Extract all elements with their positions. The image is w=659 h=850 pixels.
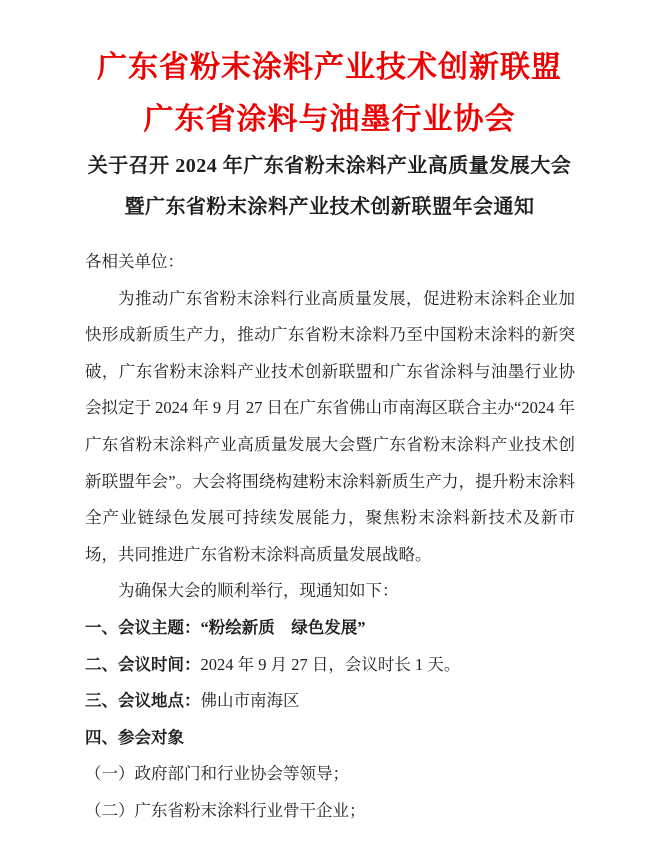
salutation: 各相关单位： <box>85 244 575 281</box>
notice-subject-line1: 关于召开 2024 年广东省粉末涂料产业高质量发展大会 <box>0 146 659 187</box>
notice-subject-line2: 暨广东省粉末涂料产业技术创新联盟年会通知 <box>0 187 659 228</box>
meeting-location-value: 佛山市南海区 <box>201 691 300 710</box>
org-title-line2: 广东省涂料与油墨行业协会 <box>0 94 659 146</box>
meeting-location-item: 三、会议地点：佛山市南海区 <box>85 683 575 720</box>
attendees-section-heading: 四、参会对象 <box>85 720 575 757</box>
meeting-time-value: 2024 年 9 月 27 日，会议时长 1 天。 <box>201 655 461 674</box>
meeting-location-label: 三、会议地点： <box>85 691 201 710</box>
meeting-time-label: 二、会议时间： <box>85 655 201 674</box>
meeting-theme-value: “粉绘新质 绿色发展” <box>201 618 366 637</box>
meeting-theme-item: 一、会议主题：“粉绘新质 绿色发展” <box>85 610 575 647</box>
intro-paragraph: 为推动广东省粉末涂料行业高质量发展，促进粉末涂料企业加快形成新质生产力，推动广东… <box>85 281 575 574</box>
notice-body: 各相关单位： 为推动广东省粉末涂料行业高质量发展，促进粉末涂料企业加快形成新质生… <box>85 244 575 830</box>
meeting-theme-label: 一、会议主题： <box>85 618 201 637</box>
attendee-group-2: （二）广东省粉末涂料行业骨干企业； <box>85 793 575 830</box>
org-title-line1: 广东省粉末涂料产业技术创新联盟 <box>0 42 659 94</box>
attendee-group-1: （一）政府部门和行业协会等领导； <box>85 756 575 793</box>
notice-lead-in-paragraph: 为确保大会的顺利举行，现通知如下： <box>85 573 575 610</box>
document-page: 广东省粉末涂料产业技术创新联盟 广东省涂料与油墨行业协会 关于召开 2024 年… <box>0 0 659 850</box>
document-header: 广东省粉末涂料产业技术创新联盟 广东省涂料与油墨行业协会 关于召开 2024 年… <box>0 0 659 228</box>
meeting-time-item: 二、会议时间：2024 年 9 月 27 日，会议时长 1 天。 <box>85 647 575 684</box>
attendees-heading-label: 四、参会对象 <box>85 728 184 747</box>
